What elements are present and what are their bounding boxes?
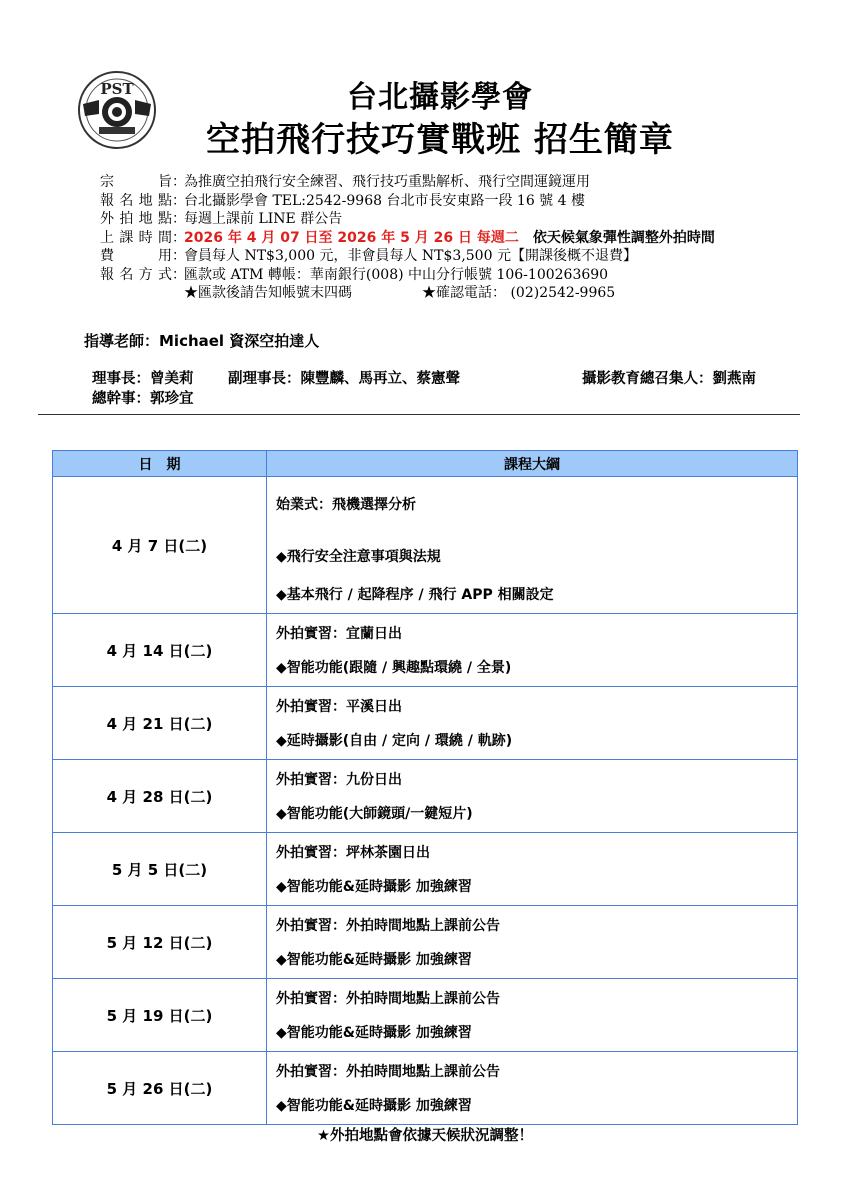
info-row-class-time: 上課時間： 2026 年 4 月 07 日至 2026 年 5 月 26 日 每… bbox=[100, 229, 715, 248]
class-dates: 2026 年 4 月 07 日至 2026 年 5 月 26 日 每週二 bbox=[184, 229, 519, 248]
table-row: 5 月 26 日(二) 外拍實習：外拍時間地點上課前公告 ◆智能功能&延時攝影 … bbox=[53, 1052, 798, 1125]
table-row: 5 月 5 日(二) 外拍實習：坪林茶園日出 ◆智能功能&延時攝影 加強練習 bbox=[53, 833, 798, 906]
table-row: 5 月 12 日(二) 外拍實習：外拍時間地點上課前公告 ◆智能功能&延時攝影 … bbox=[53, 906, 798, 979]
chairman: 理事長：曾美莉 bbox=[92, 369, 194, 389]
footer-note: ★外拍地點會依據天候狀況調整！ bbox=[0, 1124, 850, 1145]
table-header: 日 期 課程大綱 bbox=[53, 451, 798, 477]
vice-chairman: 副理事長：陳豐麟、馬再立、蔡憲聲 bbox=[228, 369, 460, 389]
header-date: 日 期 bbox=[53, 451, 267, 477]
confirm-phone: ★確認電話： (02)2542-9965 bbox=[422, 284, 615, 303]
info-row-notes: ★匯款後請告知帳號末四碼 ★確認電話： (02)2542-9965 bbox=[100, 284, 715, 303]
schedule-table: 日 期 課程大綱 4 月 7 日(二) 始業式：飛機選擇分析 ◆飛行安全注意事項… bbox=[52, 450, 798, 1125]
info-row-purpose: 宗 旨： 為推廣空拍飛行安全練習、飛行技巧重點解析、飛行空間運鏡運用 bbox=[100, 173, 715, 192]
table-row: 4 月 14 日(二) 外拍實習：宜蘭日出 ◆智能功能(跟隨 / 興趣點環繞 /… bbox=[53, 614, 798, 687]
info-row-registration-method: 報名方式： 匯款或 ATM 轉帳：華南銀行(008) 中山分行帳號 106-10… bbox=[100, 266, 715, 285]
org-name: 台北攝影學會 bbox=[0, 72, 850, 116]
info-row-registration-location: 報名地點： 台北攝影學會 TEL:2542-9968 台北市長安東路一段 16 … bbox=[100, 192, 715, 211]
table-row: 4 月 21 日(二) 外拍實習：平溪日出 ◆延時攝影(自由 / 定向 / 環繞… bbox=[53, 687, 798, 760]
officers: 理事長：曾美莉 副理事長：陳豐麟、馬再立、蔡憲聲 攝影教育總召集人：劉燕南 總幹… bbox=[92, 369, 802, 409]
transfer-note: ★匯款後請告知帳號末四碼 bbox=[184, 284, 352, 303]
table-row: 4 月 28 日(二) 外拍實習：九份日出 ◆智能功能(大師鏡頭/一鍵短片) bbox=[53, 760, 798, 833]
info-row-shooting-location: 外拍地點： 每週上課前 LINE 群公告 bbox=[100, 210, 715, 229]
instructor: 指導老師：Michael 資深空拍達人 bbox=[84, 330, 319, 351]
table-row: 4 月 7 日(二) 始業式：飛機選擇分析 ◆飛行安全注意事項與法規 ◆基本飛行… bbox=[53, 477, 798, 614]
secretary-general: 總幹事：郭珍宜 bbox=[92, 389, 802, 409]
header-syllabus: 課程大綱 bbox=[267, 451, 798, 477]
divider bbox=[38, 414, 800, 415]
table-row: 5 月 19 日(二) 外拍實習：外拍時間地點上課前公告 ◆智能功能&延時攝影 … bbox=[53, 979, 798, 1052]
weather-note: 依天候氣象彈性調整外拍時間 bbox=[533, 229, 715, 248]
info-block: 宗 旨： 為推廣空拍飛行安全練習、飛行技巧重點解析、飛行空間運鏡運用 報名地點：… bbox=[100, 173, 715, 303]
doc-title: 空拍飛行技巧實戰班 招生簡章 bbox=[0, 112, 850, 161]
info-row-fee: 費 用： 會員每人 NT$3,000 元，非會員每人 NT$3,500 元【開課… bbox=[100, 247, 715, 266]
education-convener: 攝影教育總召集人：劉燕南 bbox=[582, 369, 756, 389]
